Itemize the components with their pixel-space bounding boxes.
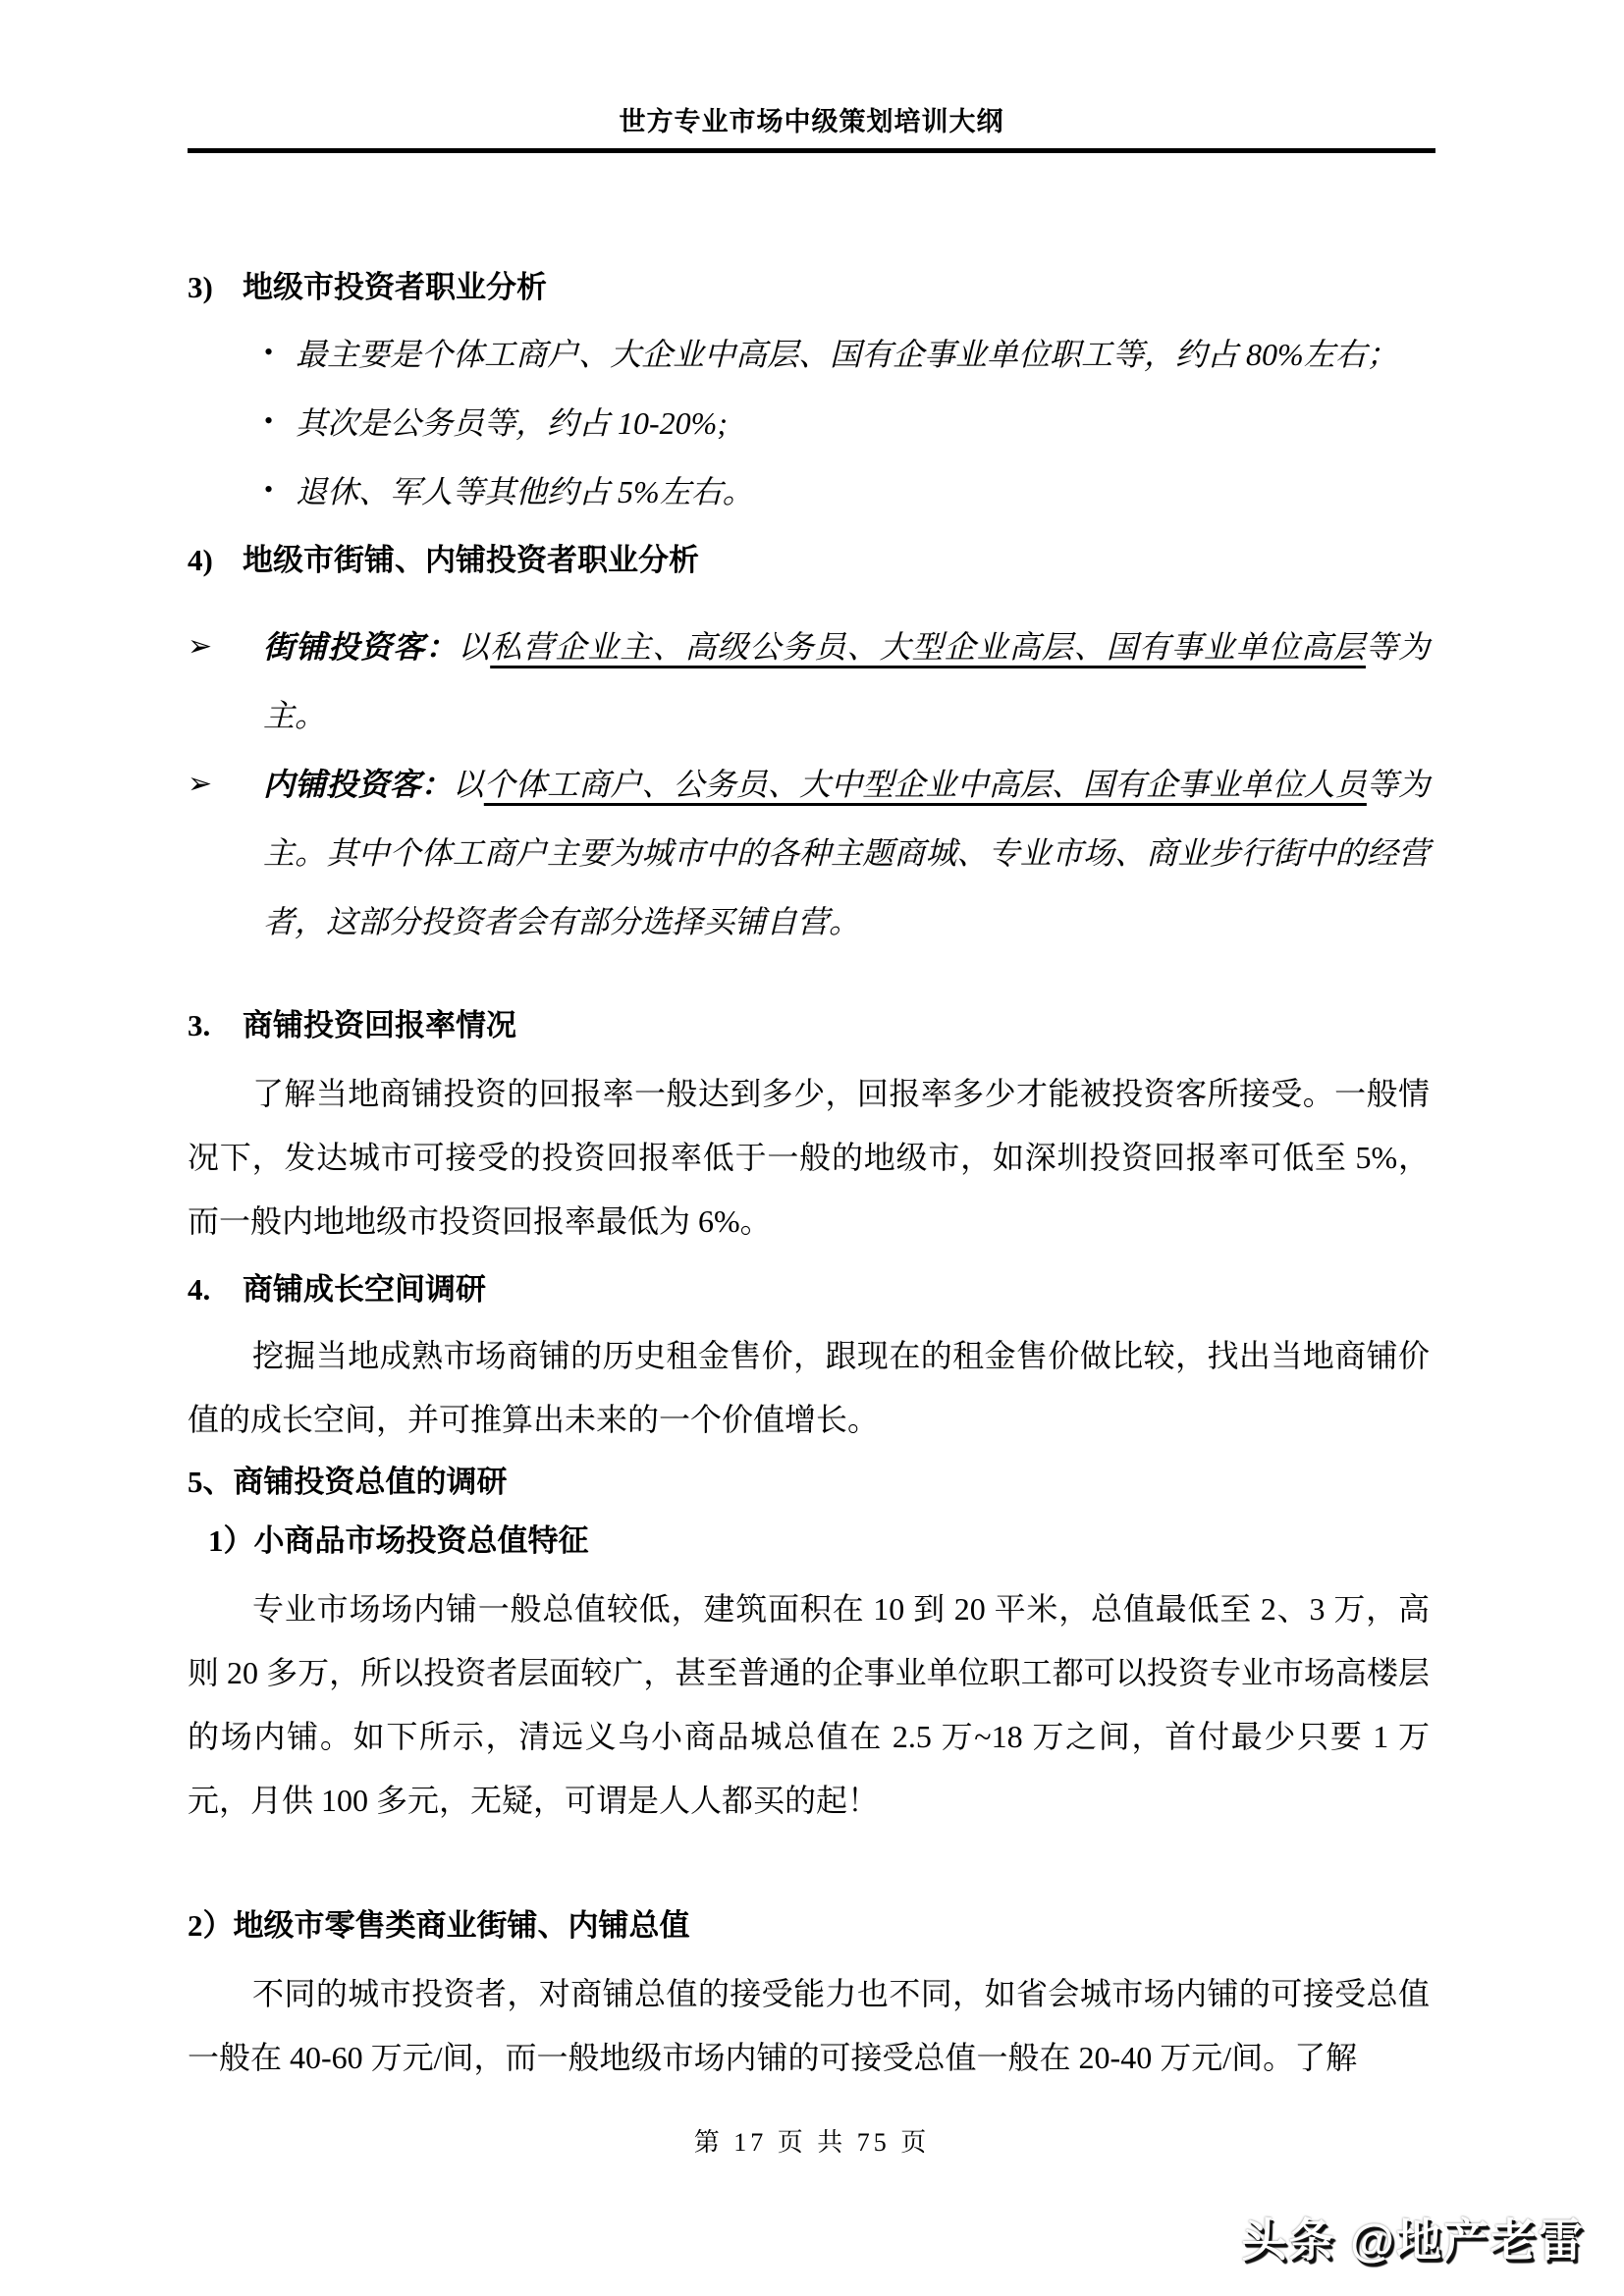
- item-underlined-text: 个体工商户、公务员、大中型企业中高层、国有企事业单位人员: [484, 767, 1367, 802]
- arrow-bullet-icon: ➢: [188, 613, 212, 681]
- bullet-icon: •: [264, 455, 273, 524]
- heading-text: 商铺投资回报率情况: [243, 1008, 516, 1042]
- page-header: 世方专业市场中级策划培训大纲: [188, 100, 1435, 153]
- paragraph-return-rate: 了解当地商铺投资的回报率一般达到多少，回报率多少才能被投资客所接受。一般情况下，…: [188, 1062, 1430, 1254]
- heading-number: 4.: [188, 1267, 243, 1312]
- item-underlined-text: 私营企业主、高级公务员、大型企业高层、国有事业单位高层: [490, 629, 1366, 665]
- item-prefix: 以: [453, 767, 484, 802]
- paragraph-small-commodity-market-value: 专业市场场内铺一般总值较低，建筑面积在 10 到 20 平米，总值最低至 2、3…: [188, 1577, 1430, 1833]
- heading-number: 3): [188, 265, 243, 310]
- heading-text: 地级市投资者职业分析: [243, 270, 547, 304]
- heading-growth-space-research: 4.商铺成长空间调研: [188, 1267, 1430, 1312]
- list-item-street-shop-investor: ➢街铺投资客：以私营企业主、高级公务员、大型企业高层、国有事业单位高层等为主。: [188, 613, 1430, 750]
- heading-retail-shop-total-value: 2）地级市零售类商业街铺、内铺总值: [188, 1903, 1430, 1949]
- toutiao-watermark: 头条 @地产老雷: [1241, 2205, 1585, 2269]
- page-header-title: 世方专业市场中级策划培训大纲: [620, 107, 1004, 136]
- list-item: •最主要是个体工商户、大企业中高层、国有企事业单位职工等，约占 80%左右；: [188, 320, 1430, 389]
- heading-text: 商铺成长空间调研: [243, 1272, 486, 1307]
- bullet-icon: •: [264, 387, 273, 455]
- page-footer: 第 17 页 共 75 页: [0, 2122, 1624, 2159]
- item-label: 内铺投资客：: [263, 767, 453, 802]
- paragraph-growth-space: 挖掘当地成熟市场商铺的历史租金售价，跟现在的租金售价做比较，找出当地商铺价值的成…: [188, 1324, 1430, 1452]
- heading-total-value-research: 5、商铺投资总值的调研: [188, 1460, 1430, 1505]
- paragraph-retail-shop-total-value: 不同的城市投资者，对商铺总值的接受能力也不同，如省会城市场内铺的可接受总值一般在…: [188, 1962, 1430, 2090]
- heading-return-rate: 3.商铺投资回报率情况: [188, 1003, 1430, 1048]
- list-item: •退休、军人等其他约占 5%左右。: [188, 457, 1430, 526]
- heading-number: 3.: [188, 1003, 243, 1048]
- list-item-text: 退休、军人等其他约占 5%左右。: [296, 474, 754, 509]
- heading-small-commodity-market-value: 1）小商品市场投资总值特征: [188, 1519, 1430, 1564]
- list-item: •其次是公务员等，约占 10-20%;: [188, 389, 1430, 457]
- document-page: 世方专业市场中级策划培训大纲 3)地级市投资者职业分析 •最主要是个体工商户、大…: [0, 0, 1624, 2296]
- heading-investor-occupation-analysis: 3)地级市投资者职业分析: [188, 265, 1430, 310]
- list-item-text: 其次是公务员等，约占 10-20%;: [296, 405, 728, 441]
- investor-type-list: ➢街铺投资客：以私营企业主、高级公务员、大型企业高层、国有事业单位高层等为主。 …: [188, 613, 1430, 956]
- occupation-bullet-list: •最主要是个体工商户、大企业中高层、国有企事业单位职工等，约占 80%左右； •…: [188, 320, 1430, 526]
- document-body: 3)地级市投资者职业分析 •最主要是个体工商户、大企业中高层、国有企事业单位职工…: [188, 265, 1430, 2090]
- item-label: 街铺投资客：: [263, 629, 458, 665]
- bullet-icon: •: [264, 318, 273, 387]
- heading-shop-investor-occupation-analysis: 4)地级市街铺、内铺投资者职业分析: [188, 538, 1430, 583]
- heading-text: 地级市街铺、内铺投资者职业分析: [243, 543, 699, 577]
- list-item-text: 最主要是个体工商户、大企业中高层、国有企事业单位职工等，约占 80%左右；: [296, 337, 1398, 372]
- heading-number: 4): [188, 538, 243, 583]
- arrow-bullet-icon: ➢: [188, 750, 212, 819]
- list-item-inner-shop-investor: ➢内铺投资客：以个体工商户、公务员、大中型企业中高层、国有企事业单位人员等为主。…: [188, 750, 1430, 956]
- item-prefix: 以: [458, 629, 490, 665]
- page-number: 第 17 页 共 75 页: [694, 2128, 931, 2157]
